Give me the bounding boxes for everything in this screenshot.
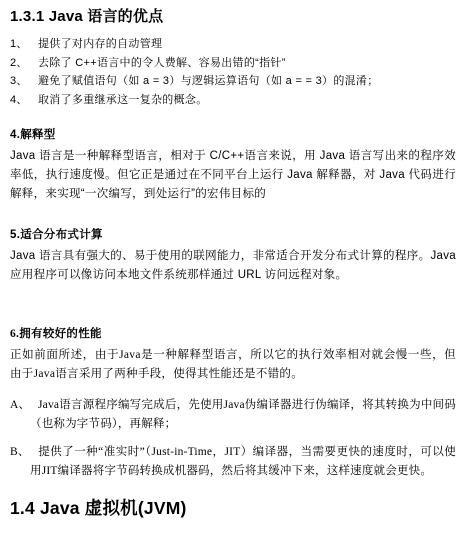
- performance-item-b-text: 提供了一种“准实时”（Just-in-Time，JIT）编译器，当需要更快的速度…: [30, 446, 456, 477]
- paragraph-good-performance: 正如前面所述，由于Java是一种解释型语言，所以它的执行效率相对就会慢一些，但由…: [10, 346, 456, 383]
- section-title-1-4: 1.4 Java 虚拟机(JVM): [10, 497, 456, 519]
- performance-item-b-number: B、: [10, 443, 38, 462]
- list-item-3-text: 避免了赋值语句（如 a = 3）与逻辑运算语句（如 a = = 3）的混淆；: [38, 75, 379, 87]
- performance-item-b: B、提供了一种“准实时”（Just-in-Time，JIT）编译器，当需要更快的…: [10, 443, 456, 480]
- performance-item-a-number: A、: [10, 396, 38, 415]
- list-item-1-number: 1、: [10, 35, 38, 54]
- list-item-4: 4、取消了多重继承这一复杂的概念。: [10, 91, 456, 110]
- list-item-2-text: 去除了 C++语言中的令人费解、容易出错的“指针”: [38, 57, 286, 69]
- list-item-1-text: 提供了对内存的自动管理: [38, 38, 162, 50]
- list-item-2: 2、去除了 C++语言中的令人费解、容易出错的“指针”: [10, 54, 456, 73]
- list-item-4-number: 4、: [10, 91, 38, 110]
- heading-interpreted-type: 4.解释型: [10, 128, 456, 142]
- list-item-3-number: 3、: [10, 72, 38, 91]
- paragraph-distributed-computing: Java 语言具有强大的、易于使用的联网能力，非常适合开发分布式计算的程序。Ja…: [10, 247, 456, 285]
- performance-item-a-text: Java语言源程序编写完成后，先使用Java伪编译器进行伪编译，将其转换为中间码…: [30, 399, 456, 430]
- heading-good-performance: 6.拥有较好的性能: [10, 327, 456, 341]
- section-title-1-3-1: 1.3.1 Java 语言的优点: [10, 8, 456, 26]
- list-item-4-text: 取消了多重继承这一复杂的概念。: [38, 94, 208, 106]
- heading-distributed-computing: 5.适合分布式计算: [10, 228, 456, 242]
- paragraph-interpreted-type: Java 语言是一种解释型语言，相对于 C/C++语言来说，用 Java 语言写…: [10, 147, 456, 204]
- advantages-list: 1、提供了对内存的自动管理 2、去除了 C++语言中的令人费解、容易出错的“指针…: [10, 35, 456, 109]
- list-item-2-number: 2、: [10, 54, 38, 73]
- list-item-1: 1、提供了对内存的自动管理: [10, 35, 456, 54]
- document-page: 1.3.1 Java 语言的优点 1、提供了对内存的自动管理 2、去除了 C++…: [0, 0, 468, 534]
- list-item-3: 3、避免了赋值语句（如 a = 3）与逻辑运算语句（如 a = = 3）的混淆；: [10, 72, 456, 91]
- performance-item-a: A、Java语言源程序编写完成后，先使用Java伪编译器进行伪编译，将其转换为中…: [10, 396, 456, 433]
